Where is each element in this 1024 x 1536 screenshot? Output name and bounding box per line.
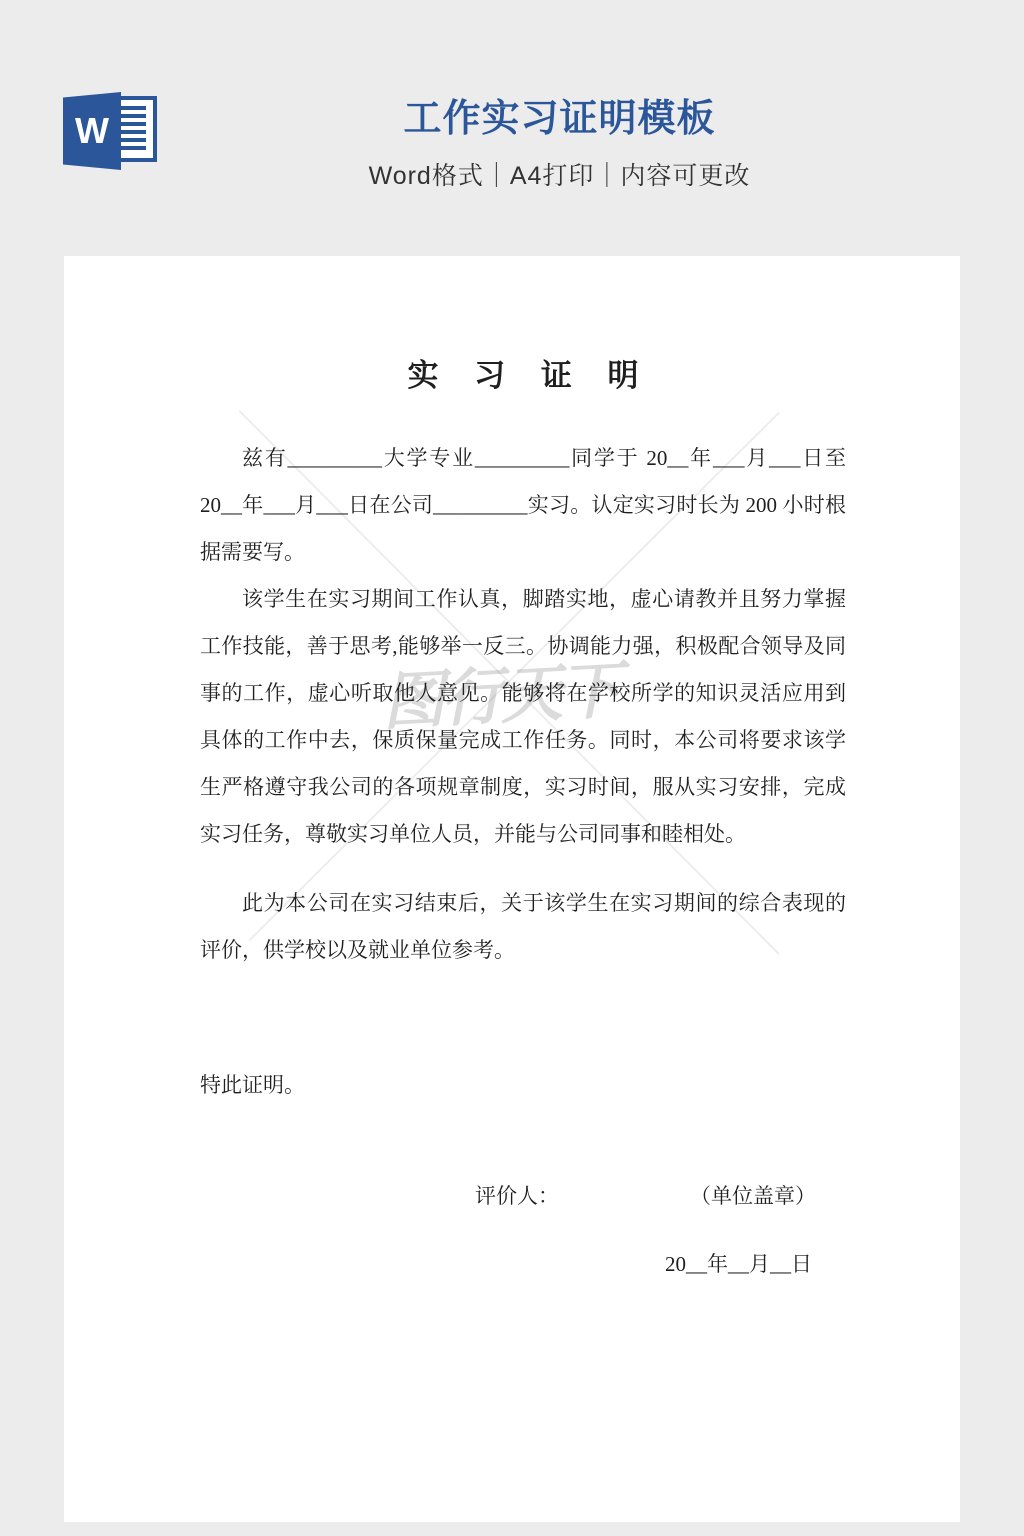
- evaluator-label: 评价人：: [475, 1181, 559, 1211]
- template-title: 工作实习证明模板: [95, 96, 1024, 142]
- certificate-paragraph-intro: 兹有_________大学专业_________同学于 20__年___月___…: [200, 435, 846, 576]
- company-seal-label: （单位盖章）: [690, 1181, 816, 1211]
- date-line: 20__年__月__日: [200, 1249, 846, 1279]
- certificate-title: 实 习 证 明: [200, 356, 860, 396]
- certificate-paragraph-evaluation: 该学生在实习期间工作认真，脚踏实地，虚心请教并且努力掌握工作技能，善于思考,能够…: [200, 576, 846, 858]
- template-subtitle: Word格式｜A4打印｜内容可更改: [95, 156, 1024, 192]
- header-text-block: 工作实习证明模板 Word格式｜A4打印｜内容可更改: [0, 96, 1024, 192]
- document-body: 实 习 证 明 兹有_________大学专业_________同学于 20__…: [64, 256, 960, 1279]
- page-header: W 工作实习证明模板 Word格式｜A4打印｜内容可更改: [0, 0, 1024, 256]
- certificate-closing-statement: 特此证明。: [200, 1062, 846, 1109]
- signature-row: 评价人： （单位盖章）: [200, 1181, 846, 1211]
- document-page: 图行天下 实 习 证 明 兹有_________大学专业_________同学于…: [64, 256, 960, 1522]
- certificate-paragraph-purpose: 此为本公司在实习结束后，关于该学生在实习期间的综合表现的评价，供学校以及就业单位…: [200, 880, 846, 974]
